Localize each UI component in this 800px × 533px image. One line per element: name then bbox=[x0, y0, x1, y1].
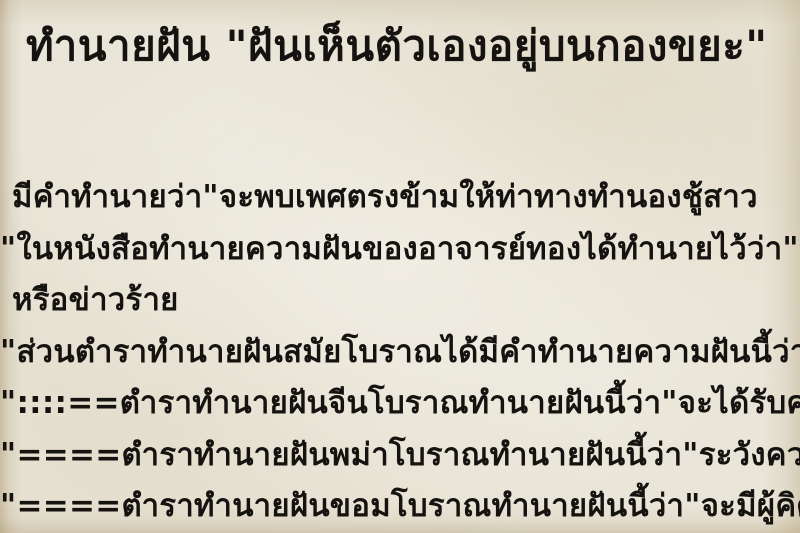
text-line: มีคำทำนายว่า"จะพบเพศตรงข้ามให้ท่าทางทำนอ… bbox=[0, 172, 800, 224]
text-line: "ส่วนตำราทำนายฝันสมัยโบราณได้มีคำทำนายคว… bbox=[0, 327, 800, 379]
text-line: "ในหนังสือทำนายความฝันของอาจารย์ทองได้ทำ… bbox=[0, 224, 800, 276]
body-text: มีคำทำนายว่า"จะพบเพศตรงข้ามให้ท่าทางทำนอ… bbox=[0, 172, 800, 533]
text-line: "====ตำราทำนายฝันขอมโบราณทำนายฝันนี้ว่า"… bbox=[0, 481, 800, 533]
text-line: "::::==ตำราทำนายฝันจีนโบราณทำนายฝันนี้ว่… bbox=[0, 378, 800, 430]
page-title: ทำนายฝัน "ฝันเห็นตัวเองอยู่บนกองขยะ" bbox=[26, 16, 790, 77]
text-line: หรือข่าวร้าย bbox=[0, 275, 800, 327]
aged-paper-background: ทำนายฝัน "ฝันเห็นตัวเองอยู่บนกองขยะ" มีค… bbox=[0, 0, 800, 533]
text-line: "====ตำราทำนายฝันพม่าโบราณทำนายฝันนี้ว่า… bbox=[0, 430, 800, 482]
